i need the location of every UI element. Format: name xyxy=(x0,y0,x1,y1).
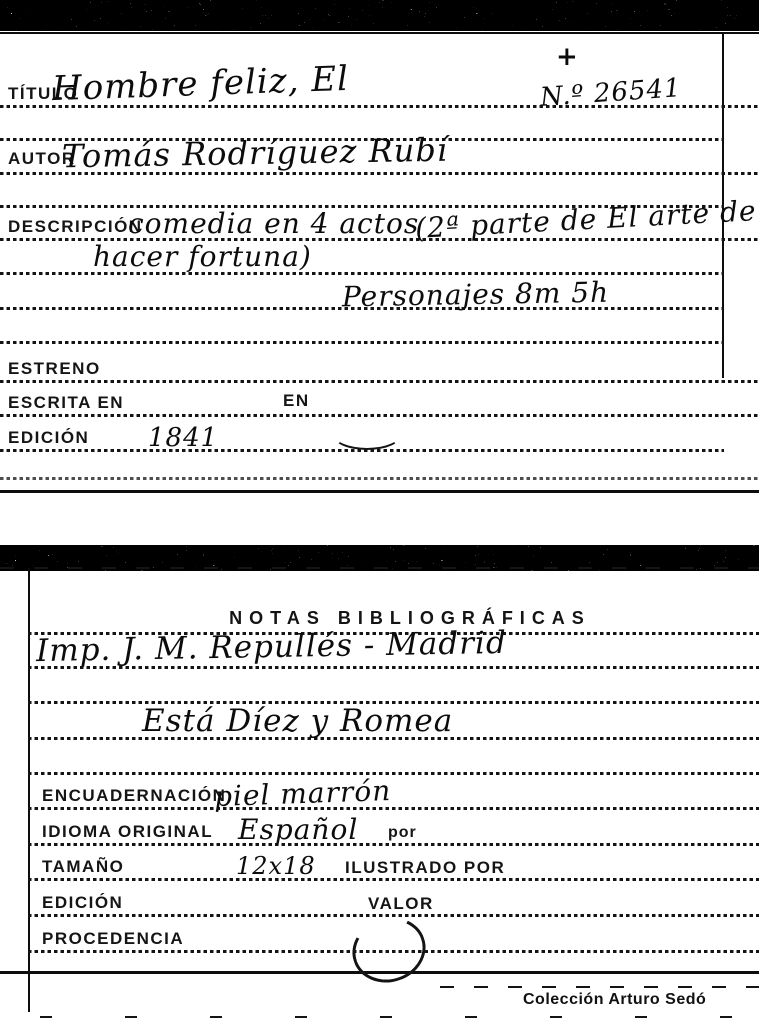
valor-label: VALOR xyxy=(368,894,434,914)
personajes-handwriting: Personajes 8m 5h xyxy=(342,276,610,314)
nota-line2-handwriting: Está Díez y Romea xyxy=(142,703,453,739)
encuadernacion-value-handwriting: piel marrón xyxy=(213,774,391,813)
dashed-line xyxy=(40,1016,759,1018)
ruled-line xyxy=(28,772,759,775)
dashed-line xyxy=(440,986,759,988)
ink-smudge-arc xyxy=(332,418,402,450)
encuadernacion-label: ENCUADERNACIÓN xyxy=(42,786,226,806)
card-bottom-border xyxy=(0,490,759,493)
ilustrado-por-label: ILUSTRADO POR xyxy=(345,858,505,878)
procedencia-label: PROCEDENCIA xyxy=(42,929,184,949)
ruled-line xyxy=(28,843,759,846)
por-label: por xyxy=(388,824,417,842)
card-top-edge xyxy=(0,567,759,569)
descripcion-value-handwriting: comedia en 4 actos xyxy=(128,207,419,240)
ruled-line xyxy=(0,414,759,417)
cross-mark-icon: + xyxy=(556,42,578,72)
edicion-label: EDICIÓN xyxy=(42,893,123,913)
numero-label: N.º xyxy=(539,80,586,113)
nota-line1-handwriting: Imp. J. M. Repullés - Madrid xyxy=(36,625,507,669)
descripcion-label: DESCRIPCIÓN xyxy=(8,217,143,237)
escrita-en-label: ESCRITA EN xyxy=(8,393,124,413)
tamano-label: TAMAÑO xyxy=(42,857,124,877)
edicion-value-handwriting: 1841 xyxy=(148,423,218,453)
ink-smudge-circle xyxy=(344,908,434,992)
coleccion-note: Colección Arturo Sedó xyxy=(523,991,706,1009)
autor-value-handwriting: Tomás Rodríguez Rubí xyxy=(62,131,449,176)
estreno-label: ESTRENO xyxy=(8,359,101,379)
idioma-original-label: IDIOMA ORIGINAL xyxy=(42,822,213,842)
en-label: EN xyxy=(283,391,310,411)
numero-value: 26541 xyxy=(593,73,683,109)
ruled-line xyxy=(28,807,759,810)
titulo-value-handwriting: Hombre feliz, El xyxy=(51,59,349,109)
idioma-value-handwriting: Español xyxy=(238,813,358,846)
ruled-line xyxy=(0,380,759,383)
ruled-line xyxy=(0,477,759,480)
card-top-border xyxy=(0,32,759,34)
descripcion-cont-handwriting: hacer fortuna) xyxy=(93,240,312,273)
ruled-line xyxy=(28,878,759,881)
ruled-line xyxy=(0,341,724,344)
tamano-value-handwriting: 12x18 xyxy=(236,852,316,880)
scan-texture-band-top xyxy=(0,0,759,31)
scanned-catalog-card-page: TÍTULO AUTOR DESCRIPCIÓN ESTRENO ESCRITA… xyxy=(0,0,759,1028)
edicion-label: EDICIÓN xyxy=(8,428,89,448)
